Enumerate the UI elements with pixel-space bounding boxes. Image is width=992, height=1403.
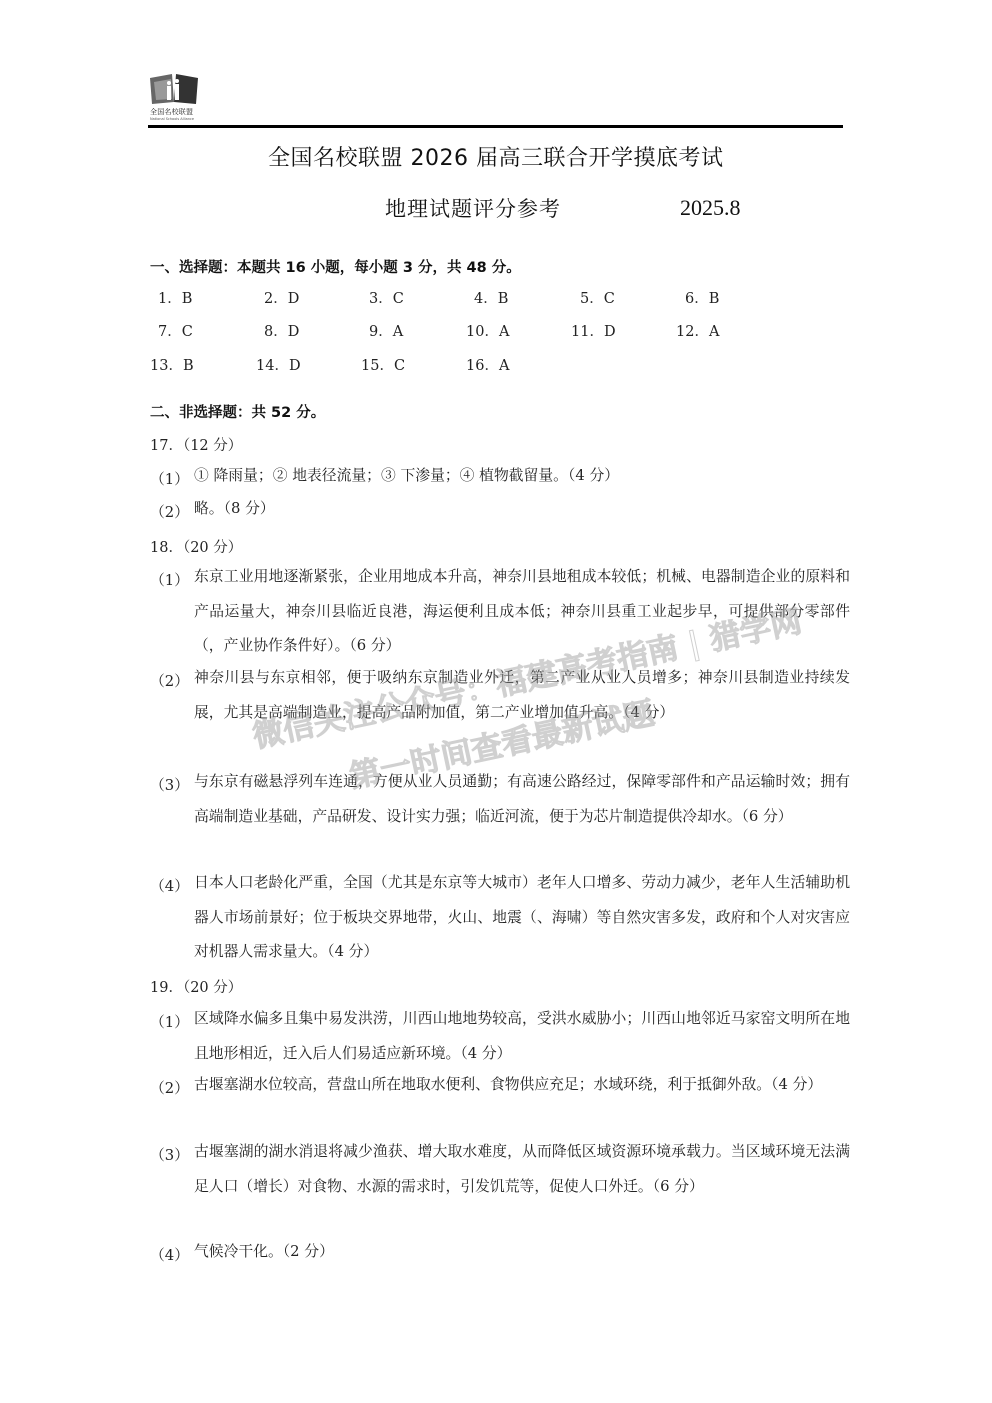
part-label: （1） (150, 1011, 189, 1032)
question-18-title: 18．（20 分） (150, 536, 242, 557)
section2-heading: 二、非选择题：共 52 分。 (150, 401, 325, 422)
part-text: 气候冷干化。（2 分） (194, 1235, 850, 1270)
question-17-title: 17．（12 分） (150, 434, 242, 455)
part-text: 与东京有磁悬浮列车连通，方便从业人员通勤；有高速公路经过，保障零部件和产品运输时… (194, 765, 850, 834)
mc-answer: 1．B (158, 287, 192, 308)
part-label: （3） (150, 774, 189, 795)
part-label: （4） (150, 1244, 189, 1265)
part-label: （4） (150, 875, 189, 896)
mc-answer: 14．D (256, 354, 301, 375)
mc-answer: 5．C (580, 287, 615, 308)
part-text: 东京工业用地逐渐紧张，企业用地成本升高，神奈川县地租成本较低；机械、电器制造企业… (194, 560, 850, 664)
mc-answer: 3．C (369, 287, 404, 308)
part-label: （2） (150, 501, 189, 522)
section1-heading: 一、选择题：本题共 16 小题，每小题 3 分，共 48 分。 (150, 256, 521, 277)
logo-text-cn: 全国名校联盟 (150, 107, 193, 117)
header-rule (148, 125, 843, 128)
mc-answer: 16．A (466, 354, 509, 375)
mc-answer: 12．A (676, 320, 719, 341)
part-text: 略。（8 分） (194, 500, 275, 517)
question-19-title: 19．（20 分） (150, 976, 242, 997)
part-text: 神奈川县与东京相邻，便于吸纳东京制造业外迁，第二产业从业人员增多；神奈川县制造业… (194, 661, 850, 730)
part-text: 古堰塞湖水位较高，营盘山所在地取水便利、食物供应充足；水域环绕，利于抵御外敌。（… (194, 1068, 850, 1103)
q18-part3: （3） 与东京有磁悬浮列车连通，方便从业人员通勤；有高速公路经过，保障零部件和产… (150, 774, 850, 834)
q19-part3: （3） 古堰塞湖的湖水消退将减少渔获、增大取水难度，从而降低区域资源环境承载力。… (150, 1144, 850, 1204)
mc-answer: 6．B (685, 287, 719, 308)
logo-text-en: National Schools Alliance (150, 117, 194, 121)
mc-answer: 4．B (474, 287, 508, 308)
q19-part4: （4） 气候冷干化。（2 分） (150, 1244, 850, 1270)
mc-answer: 9．A (369, 320, 403, 341)
q19-part2: （2） 古堰塞湖水位较高，营盘山所在地取水便利、食物供应充足；水域环绕，利于抵御… (150, 1077, 850, 1103)
mc-answer: 15．C (361, 354, 405, 375)
part-text: 区域降水偏多且集中易发洪涝，川西山地地势较高，受洪水威胁小；川西山地邻近马家窑文… (194, 1002, 850, 1071)
part-text: ① 降雨量；② 地表径流量；③ 下渗量；④ 植物截留量。（4 分） (194, 467, 619, 484)
document-date: 2025.8 (680, 195, 741, 221)
document-title: 全国名校联盟 2026 届高三联合开学摸底考试 (268, 141, 723, 172)
part-text: 古堰塞湖的湖水消退将减少渔获、增大取水难度，从而降低区域资源环境承载力。当区域环… (194, 1135, 850, 1204)
mc-answer: 13．B (150, 354, 194, 375)
mc-answer: 2．D (264, 287, 299, 308)
mc-answer: 8．D (264, 320, 299, 341)
part-label: （1） (150, 569, 189, 590)
q17-part2: （2） 略。（8 分） (150, 501, 850, 536)
part-label: （1） (150, 468, 189, 489)
q18-part1: （1） 东京工业用地逐渐紧张，企业用地成本升高，神奈川县地租成本较低；机械、电器… (150, 569, 850, 664)
mc-answer: 11．D (571, 320, 616, 341)
mc-answer: 7．C (158, 320, 193, 341)
part-label: （2） (150, 670, 189, 691)
part-text: 日本人口老龄化严重，全国（尤其是东京等大城市）老年人口增多、劳动力减少，老年人生… (194, 866, 850, 970)
q18-part2: （2） 神奈川县与东京相邻，便于吸纳东京制造业外迁，第二产业从业人员增多；神奈川… (150, 670, 850, 730)
q17-part1: （1） ① 降雨量；② 地表径流量；③ 下渗量；④ 植物截留量。（4 分） (150, 468, 850, 503)
q18-part4: （4） 日本人口老龄化严重，全国（尤其是东京等大城市）老年人口增多、劳动力减少，… (150, 875, 850, 970)
document-subtitle: 地理试题评分参考 (385, 193, 561, 223)
q19-part1: （1） 区域降水偏多且集中易发洪涝，川西山地地势较高，受洪水威胁小；川西山地邻近… (150, 1011, 850, 1071)
part-label: （3） (150, 1144, 189, 1165)
part-label: （2） (150, 1077, 189, 1098)
mc-answer: 10．A (466, 320, 509, 341)
